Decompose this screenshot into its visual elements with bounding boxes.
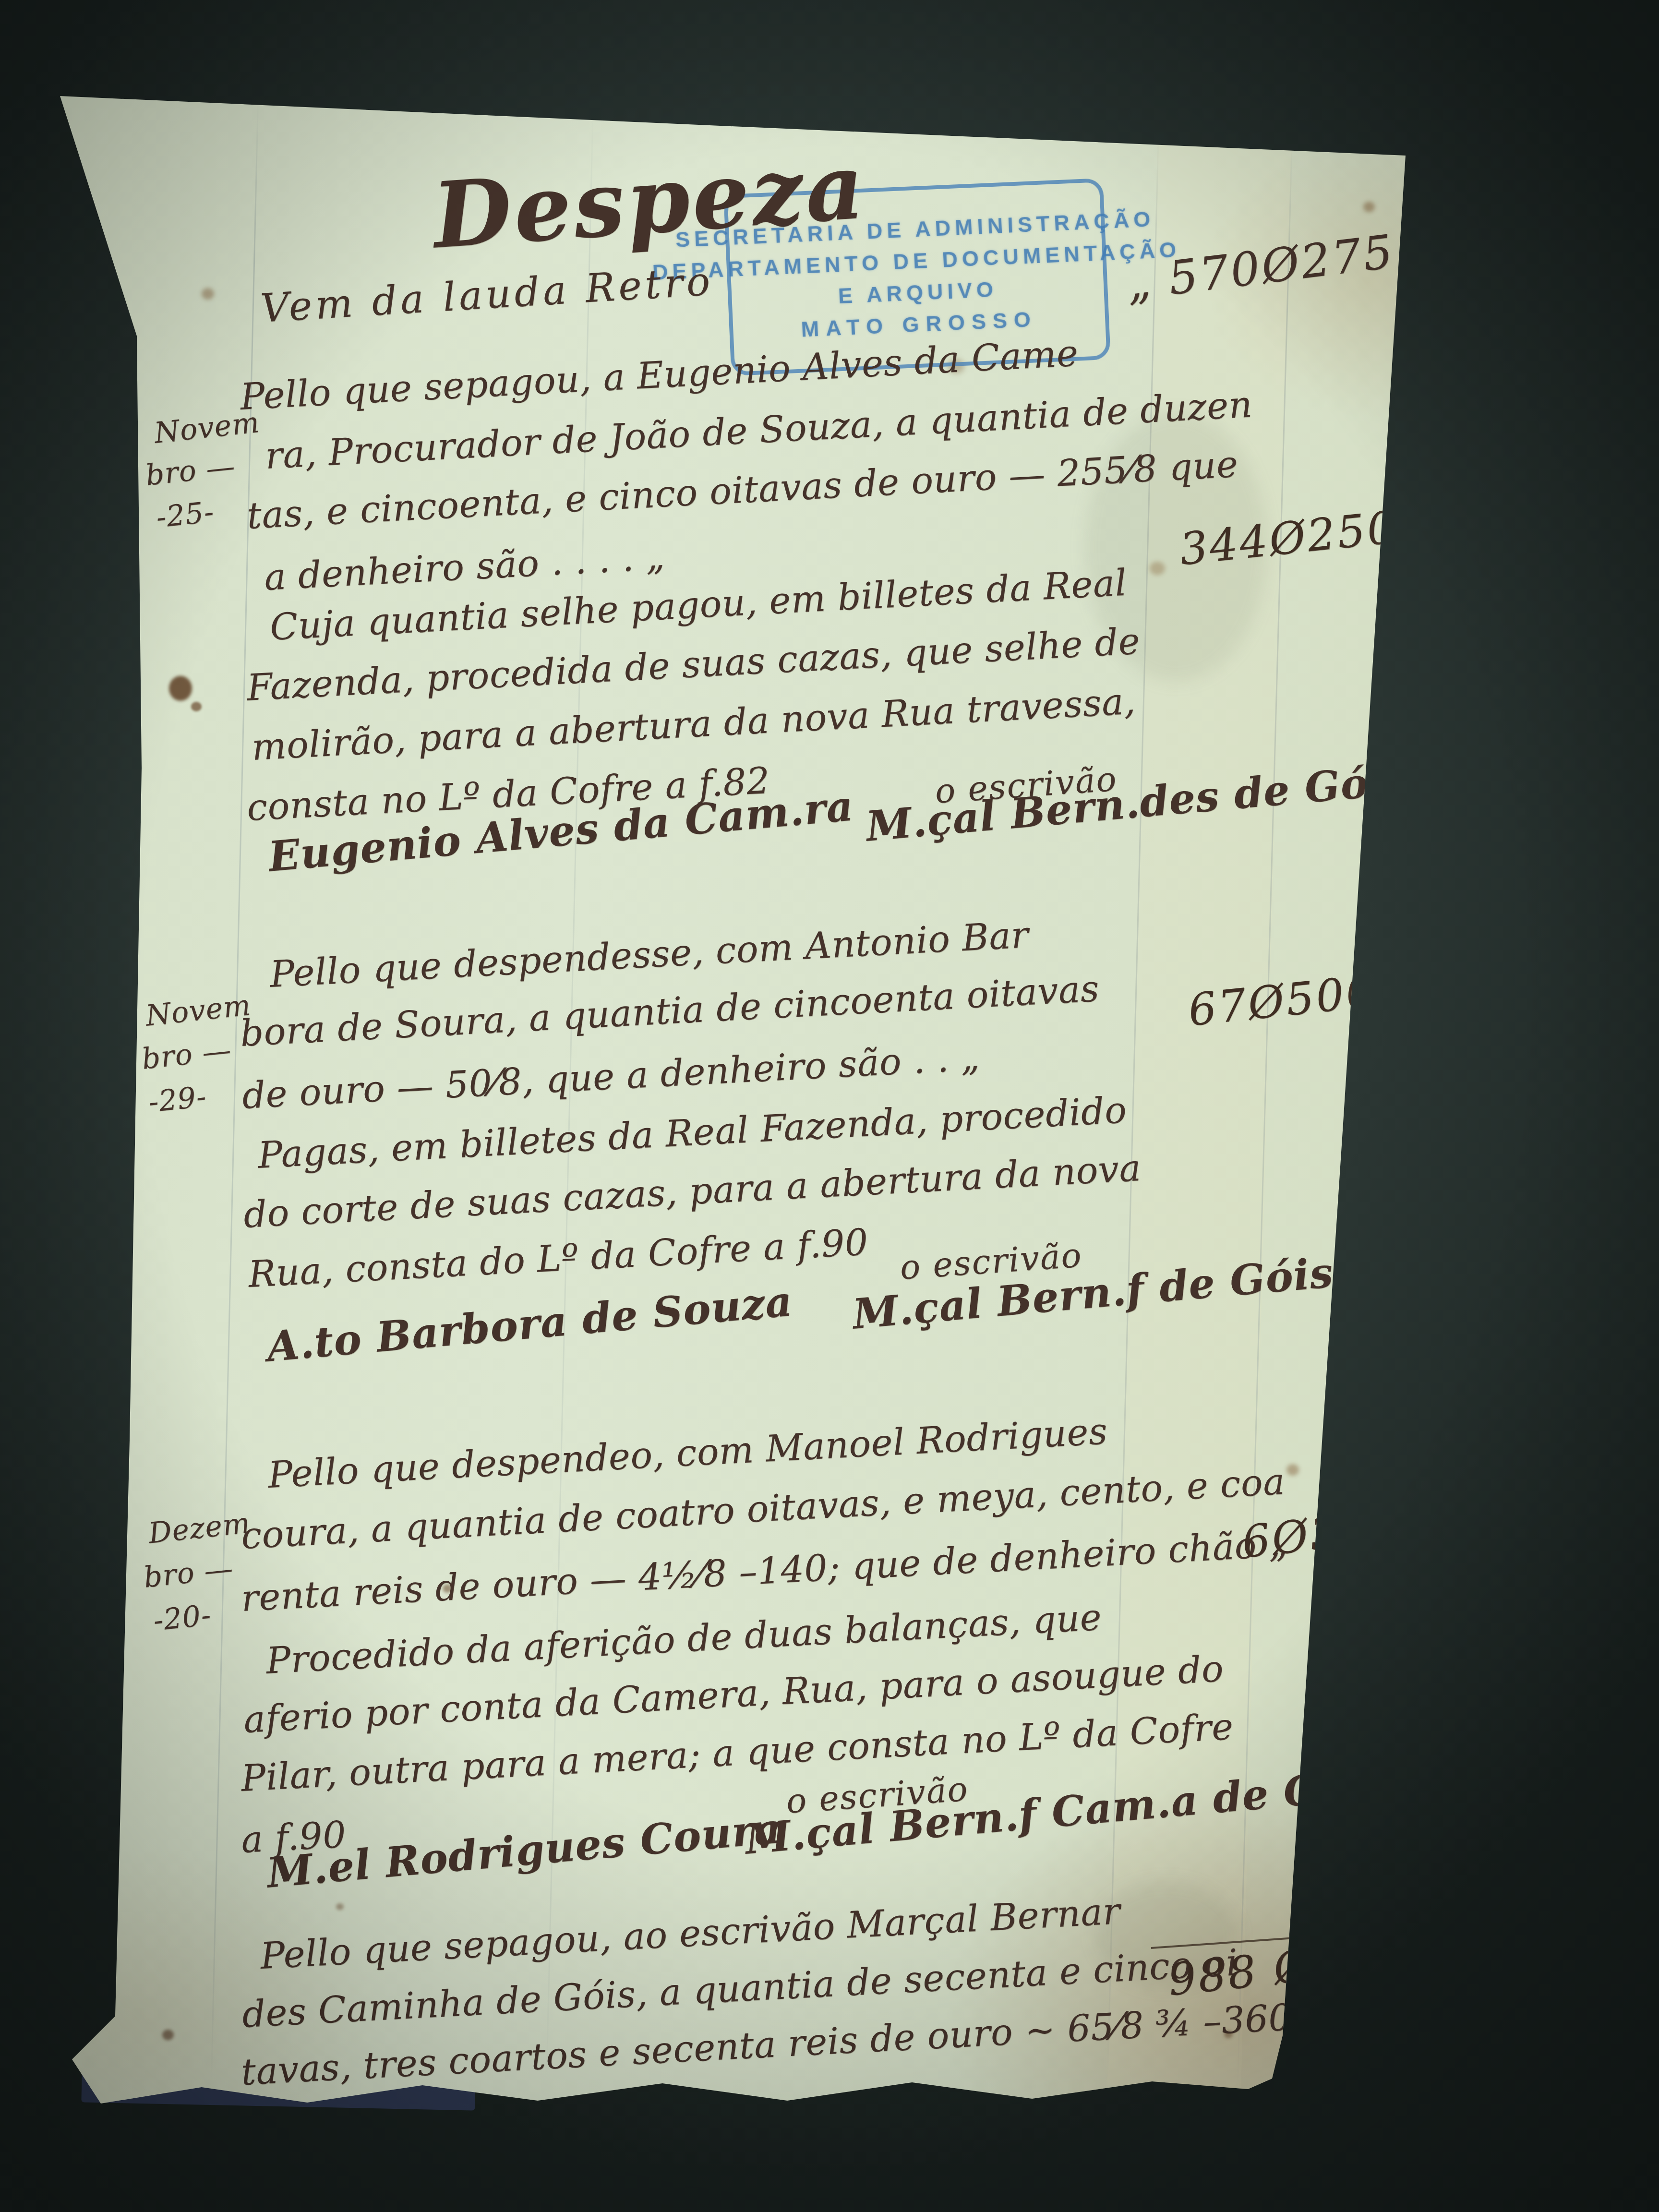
photo-scene: SECRETARIA DE ADMINISTRAÇÃO DEPARTAMENTO… [0,0,1659,2212]
signature: A.to Barbora de Souza [265,1277,794,1371]
signature: M.çal Bern.f Cam.a de Góis [743,1759,1389,1864]
foxing-spot [191,702,202,711]
signature: M.çal Bern.des de Góis [864,755,1410,851]
foxing-spot [1363,202,1375,212]
stamp-line: E ARQUIVO [838,277,998,309]
foxing-spot [169,676,192,701]
foxing-spot [336,1903,344,1910]
foxing-spot [202,288,214,300]
entry-margin-date: bro — [140,1033,233,1076]
carryover-note: Vem da lauda Retro [259,258,715,331]
entry-margin-date: -29- [147,1080,208,1119]
entry-amount: 6Ø370 [1239,1501,1402,1568]
entry-margin-date: -25- [155,495,216,534]
entry-margin-date: bro — [144,449,237,492]
foxing-spot [162,2030,174,2040]
entry-margin-date: -20- [152,1598,213,1637]
entry-margin-date: bro — [142,1551,235,1594]
entry-margin-date: Dezem [147,1506,252,1551]
manuscript-page: SECRETARIA DE ADMINISTRAÇÃO DEPARTAMENTO… [0,0,1659,2212]
foxing-spot [1286,1464,1299,1476]
